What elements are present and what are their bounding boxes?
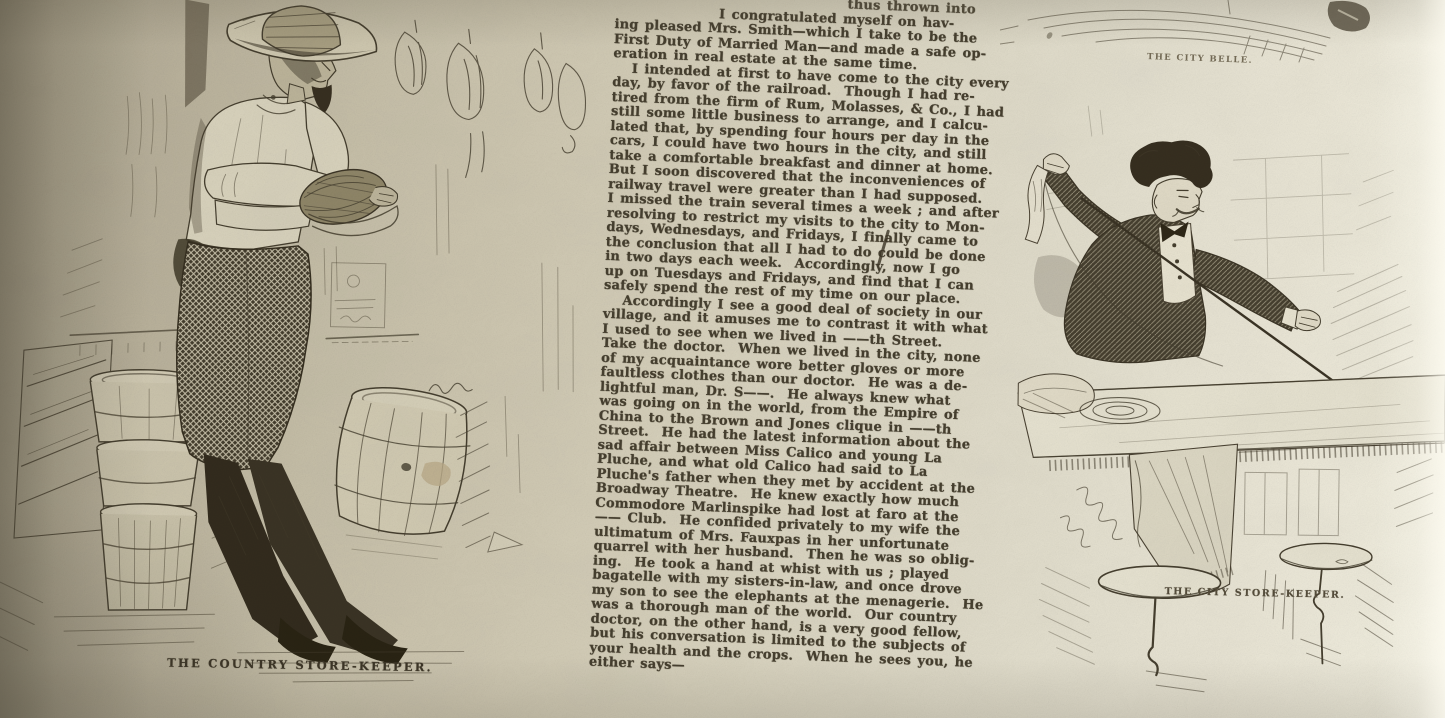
- stool-right: [1278, 543, 1372, 664]
- chalk-scrawl: [429, 383, 472, 394]
- engraving-country-storekeeper: [0, 0, 627, 718]
- article-column: thus thrown intoI congratulated myself o…: [589, 0, 1018, 685]
- article-text: thus thrown intoI congratulated myself o…: [589, 0, 1018, 685]
- city-storekeeper-figure: [1024, 138, 1323, 365]
- engraving-city-belle-fragment: [1000, 0, 1445, 96]
- scanned-magazine-page: THE COUNTRY STORE-KEEPER. thus thrown in…: [0, 0, 1445, 718]
- straw-hat: [226, 4, 377, 62]
- cloth-strip: [1025, 165, 1048, 243]
- wall-corner-shadow: [183, 0, 209, 108]
- checked-trousers: [174, 241, 312, 472]
- hanging-goods: [393, 20, 588, 180]
- background-shading: [1330, 264, 1414, 383]
- stool-left: [1097, 565, 1221, 676]
- wall-sign-sketch: [330, 263, 414, 345]
- cabinet-panels: [1238, 448, 1339, 535]
- right-illustration-panel: THE CITY BELLE.: [1000, 0, 1445, 718]
- country-storekeeper-figure: [165, 3, 421, 664]
- left-illustration-panel: THE COUNTRY STORE-KEEPER.: [0, 0, 620, 718]
- engraving-city-storekeeper: [996, 97, 1445, 718]
- crate: [14, 338, 112, 540]
- crossed-arms: [204, 158, 400, 236]
- barrel: [325, 381, 476, 543]
